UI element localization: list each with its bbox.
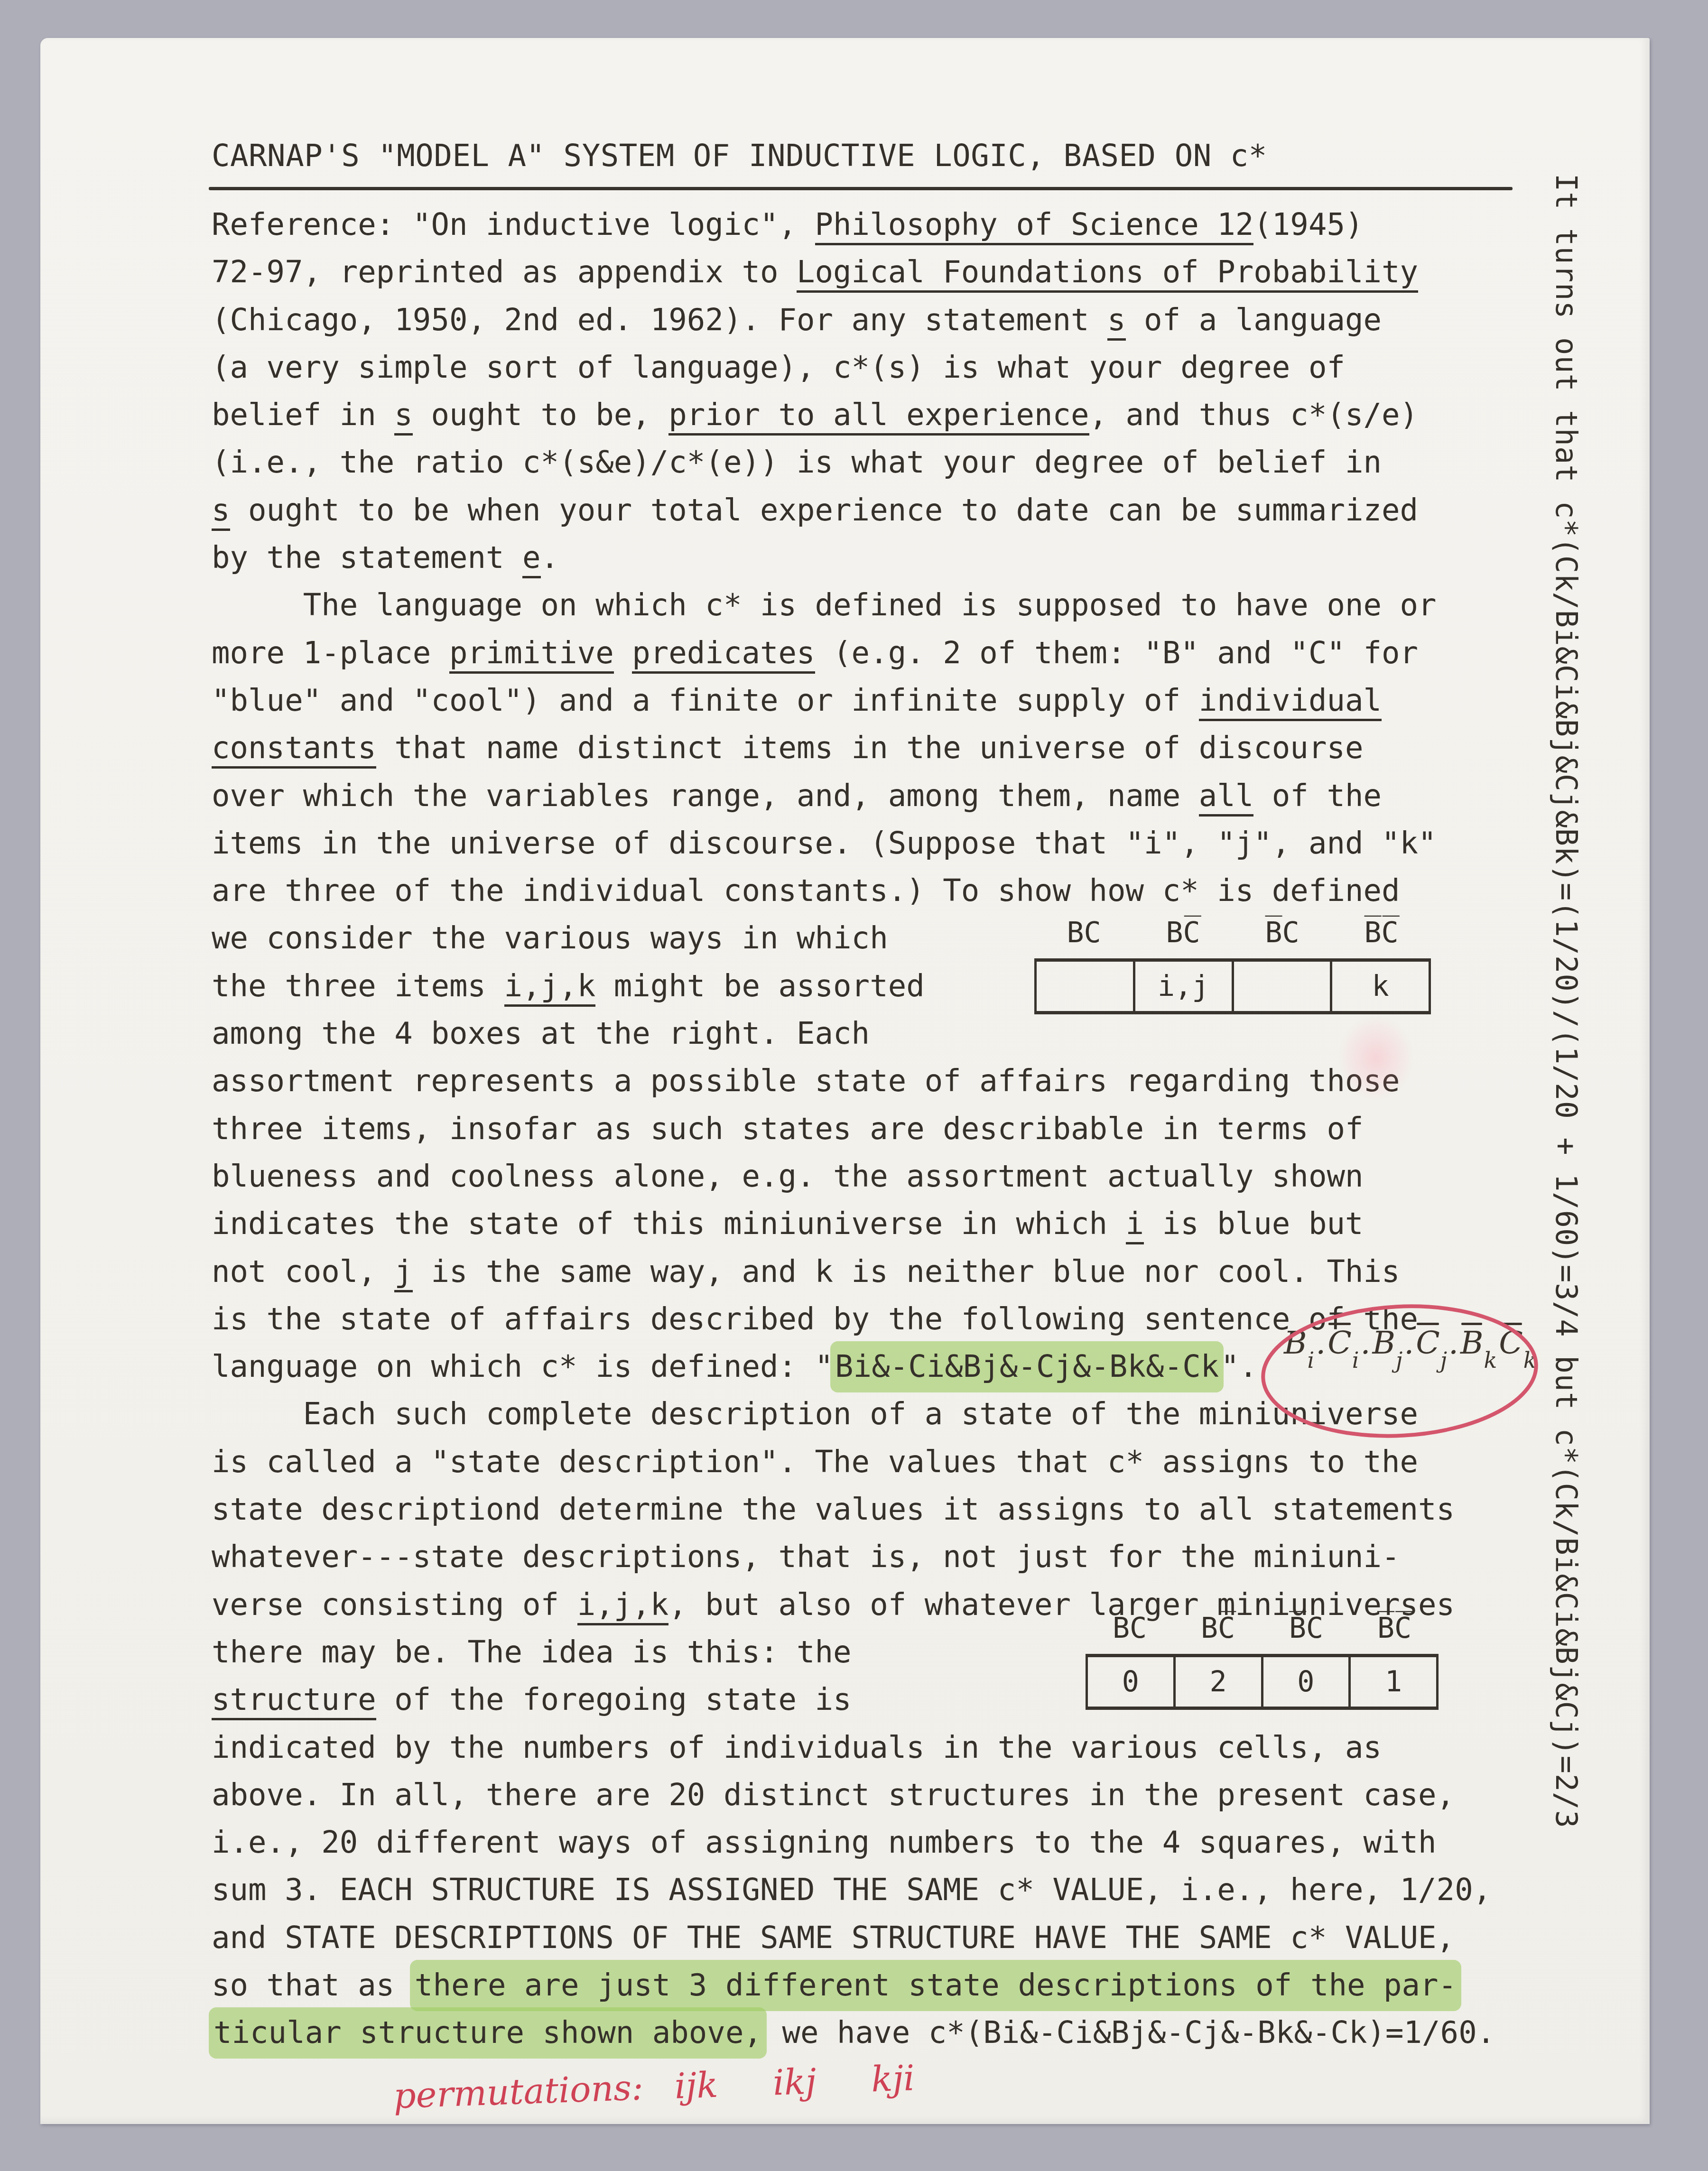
table-cell: 1 (1348, 1657, 1439, 1707)
text-segment: indicates the state of this miniuniverse… (212, 1206, 1126, 1242)
text-line: constants that name distinct items in th… (212, 724, 1635, 772)
text-line: more 1-place primitive predicates (e.g. … (212, 630, 1635, 677)
text-segment: are three of the individual constants.) … (212, 873, 1400, 909)
text-line: sum 3. EACH STRUCTURE IS ASSIGNED THE SA… (212, 1866, 1635, 1914)
pink-smudge-mark (1338, 1015, 1414, 1101)
text-line: three items, insofar as such states are … (212, 1105, 1635, 1153)
text-segment: is the state of affairs described by the… (212, 1302, 1418, 1337)
page-title: CARNAP'S "MODEL A" SYSTEM OF INDUCTIVE L… (212, 139, 1267, 174)
scanned-document: CARNAP'S "MODEL A" SYSTEM OF INDUCTIVE L… (0, 0, 1708, 2171)
table-header-cell: B̅C̅ (1350, 1607, 1439, 1649)
permutations-items: ijkikjkji (642, 2058, 915, 2108)
text-line: over which the variables range, and, amo… (212, 772, 1635, 820)
permutations-label: permutations: (393, 2067, 644, 2116)
text-segment: among the 4 boxes at the right. Each (212, 1016, 870, 1051)
text-segment: ought to be, (413, 398, 668, 433)
text-line: state descriptiond determine the values … (212, 1486, 1635, 1533)
table-header-cell: BC̅ (1174, 1607, 1262, 1649)
title-underline-rule (209, 187, 1513, 190)
text-line: not cool, j is the same way, and k is ne… (212, 1248, 1635, 1296)
text-segment: (Chicago, 1950, 2nd ed. 1962). For any s… (212, 303, 1107, 338)
text-segment: Reference: "On inductive logic", (212, 207, 815, 242)
text-line: (a very simple sort of language), c*(s) … (212, 344, 1635, 391)
underlined-text: i,j,k (504, 969, 596, 1007)
table-header-cell: B̅C (1262, 1607, 1350, 1649)
table-cell: k (1330, 962, 1431, 1011)
text-segment: ". (1221, 1349, 1257, 1384)
text-line: Reference: "On inductive logic", Philoso… (212, 201, 1635, 249)
text-segment: is the same way, and k is neither blue n… (413, 1254, 1400, 1290)
underlined-text: all (1199, 779, 1254, 816)
underlined-text: i,j,k (577, 1587, 669, 1625)
text-segment: more 1-place (212, 636, 449, 671)
text-segment: verse consisting of (212, 1587, 577, 1623)
table-header-cell: B̅C (1233, 912, 1332, 954)
text-line: assortment represents a possible state o… (212, 1058, 1635, 1105)
underlined-text: s (1107, 303, 1126, 341)
text-segment: belief in (212, 398, 394, 433)
text-segment: , and thus c*(s/e) (1089, 398, 1419, 433)
text-line: whatever---state descriptions, that is, … (212, 1533, 1635, 1581)
table-header-row: BCBC̅B̅CB̅C̅ (1086, 1607, 1439, 1649)
text-segment: "blue" and "cool") and a finite or infin… (212, 683, 1199, 718)
text-segment: items in the universe of discourse. (Sup… (212, 826, 1437, 861)
table-header-cell: B̅C̅ (1332, 912, 1431, 954)
text-line: belief in s ought to be, prior to all ex… (212, 391, 1635, 439)
text-segment: sum 3. EACH STRUCTURE IS ASSIGNED THE SA… (212, 1873, 1491, 1908)
highlighted-text: Bi&-Ci&Bj&-Cj&-Bk&-Ck (830, 1341, 1224, 1392)
text-segment: of a language (1126, 303, 1382, 338)
table-header-cell: BC̅ (1133, 912, 1233, 954)
text-segment: ought to be when your total experience t… (230, 493, 1419, 528)
table-cell (1232, 962, 1330, 1011)
assortment-table: BCBC̅B̅CB̅C̅i,jk (1034, 912, 1431, 1014)
underlined-text: prior to all experience (668, 398, 1089, 436)
text-line: indicates the state of this miniuniverse… (212, 1200, 1635, 1248)
table-header-row: BCBC̅B̅CB̅C̅ (1034, 912, 1431, 954)
text-segment: 72-97, reprinted as appendix to (212, 255, 797, 290)
text-segment (614, 636, 632, 671)
underlined-text: s (394, 398, 413, 436)
text-segment: not cool, (212, 1254, 394, 1290)
text-segment: over which the variables range, and, amo… (212, 779, 1199, 814)
table-cell: 0 (1086, 1657, 1173, 1707)
text-segment: might be assorted (595, 969, 925, 1004)
text-segment: . (541, 540, 559, 575)
text-line: 72-97, reprinted as appendix to Logical … (212, 249, 1635, 296)
text-line: (i.e., the ratio c*(s&e)/c*(e)) is what … (212, 439, 1635, 486)
text-segment: is called a "state description". The val… (212, 1445, 1418, 1480)
text-line: s ought to be when your total experience… (212, 487, 1635, 534)
underlined-text: structure (212, 1682, 376, 1720)
text-segment: blueness and coolness alone, e.g. the as… (212, 1159, 1363, 1194)
underlined-text: i (1126, 1206, 1144, 1244)
text-segment: there may be. The idea is this: the (212, 1635, 852, 1670)
text-line: i.e., 20 different ways of assigning num… (212, 1819, 1635, 1866)
underlined-text: e (522, 540, 541, 578)
underlined-text: individual (1199, 683, 1382, 721)
text-line: indicated by the numbers of individuals … (212, 1724, 1635, 1772)
red-circle-mark (1256, 1295, 1543, 1450)
text-line: above. In all, there are 20 distinct str… (212, 1772, 1635, 1819)
text-line: and STATE DESCRIPTIONS OF THE SAME STRUC… (212, 1914, 1635, 1962)
text-segment: that name distinct items in the universe… (376, 731, 1364, 766)
text-segment: above. In all, there are 20 distinct str… (212, 1778, 1455, 1813)
text-segment: of the foregoing state is (376, 1682, 852, 1717)
text-segment: by the statement (212, 540, 522, 575)
text-line: among the 4 boxes at the right. Each (212, 1010, 1635, 1058)
text-segment: (1945) (1253, 207, 1363, 242)
text-line: The language on which c* is defined is s… (212, 582, 1635, 629)
text-segment: (a very simple sort of language), c*(s) … (212, 350, 1345, 385)
table-cell (1034, 962, 1133, 1011)
text-segment: is blue but (1144, 1206, 1363, 1242)
underlined-text: j (394, 1254, 413, 1292)
permutation-item: kji (871, 2058, 915, 2100)
table-header-cell: BC (1086, 1607, 1174, 1649)
text-segment: Each such complete description of a stat… (212, 1397, 1418, 1432)
text-segment: so that as (212, 1968, 413, 2003)
text-segment: assortment represents a possible state o… (212, 1064, 1400, 1099)
text-line: items in the universe of discourse. (Sup… (212, 820, 1635, 867)
table-cell: 2 (1173, 1657, 1261, 1707)
text-segment: of the (1253, 779, 1382, 814)
table-cell: i,j (1133, 962, 1232, 1011)
underlined-text: primitive (449, 636, 614, 674)
document-body: Reference: "On inductive logic", Philoso… (212, 201, 1635, 2057)
handwritten-permutations-note: permutations:ijkikjkji (347, 2017, 917, 2159)
underlined-text: constants (212, 731, 376, 769)
text-segment: and STATE DESCRIPTIONS OF THE SAME STRUC… (212, 1920, 1455, 1956)
text-segment: language on which c* is defined: " (212, 1349, 833, 1384)
text-segment: The language on which c* is defined is s… (212, 588, 1437, 623)
table-cell: 0 (1261, 1657, 1349, 1707)
underlined-text: s (212, 493, 230, 531)
text-segment: three items, insofar as such states are … (212, 1112, 1363, 1147)
text-segment: state descriptiond determine the values … (212, 1492, 1455, 1527)
table-body-row: 0201 (1086, 1654, 1439, 1710)
text-segment: whatever---state descriptions, that is, … (212, 1540, 1400, 1575)
text-segment: indicated by the numbers of individuals … (212, 1730, 1382, 1765)
text-segment: (e.g. 2 of them: "B" and "C" for (815, 636, 1419, 671)
underlined-text: Logical Foundations of Probability (797, 255, 1418, 293)
structure-table: BCBC̅B̅CB̅C̅0201 (1086, 1607, 1439, 1710)
text-line: (Chicago, 1950, 2nd ed. 1962). For any s… (212, 297, 1635, 344)
text-segment: i.e., 20 different ways of assigning num… (212, 1825, 1437, 1860)
permutation-item: ikj (772, 2061, 817, 2103)
text-line: so that as there are just 3 different st… (212, 1962, 1635, 2009)
table-header-cell: BC (1034, 912, 1133, 954)
text-segment: (i.e., the ratio c*(s&e)/c*(e)) is what … (212, 445, 1382, 480)
vertical-margin-note: It turns out that c*(Ck/Bi&Ci&Bj&Cj&Bk)=… (1549, 174, 1584, 2024)
text-line: by the statement e. (212, 534, 1635, 582)
text-segment: the three items (212, 969, 504, 1004)
underlined-text: predicates (632, 636, 815, 674)
text-line: blueness and coolness alone, e.g. the as… (212, 1153, 1635, 1200)
permutation-item: ijk (674, 2065, 718, 2107)
table-body-row: i,jk (1034, 958, 1431, 1014)
text-line: "blue" and "cool") and a finite or infin… (212, 677, 1635, 724)
text-segment: we consider the various ways in which (212, 921, 888, 956)
highlighted-text: there are just 3 different state descrip… (410, 1960, 1461, 2011)
underlined-text: Philosophy of Science 12 (815, 207, 1254, 245)
text-line: are three of the individual constants.) … (212, 867, 1635, 915)
